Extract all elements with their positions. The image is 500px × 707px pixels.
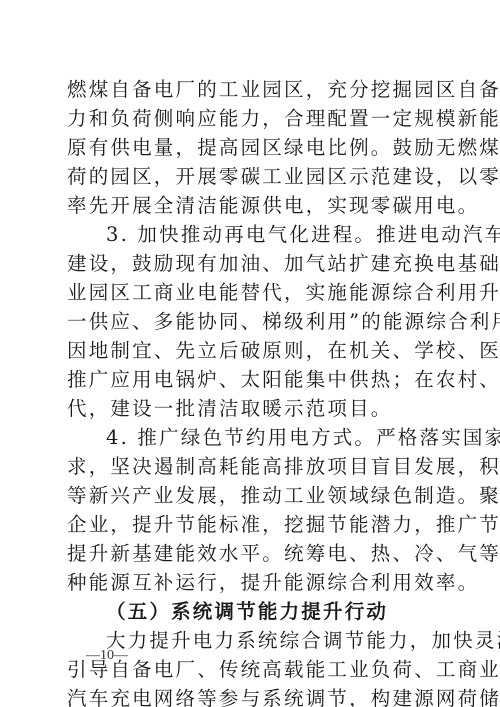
text-line: 等新兴产业发展，推动工业领域绿色制造。聚焦公共建筑、工业 [67, 481, 439, 510]
section-item-4: 4. 推广绿色节约用电方式。严格落实国家能源消费双控要 [67, 423, 439, 452]
text-line: 提升新基建能效水平。统筹电、热、冷、气等用能需求，实现多 [67, 539, 439, 568]
document-body: 燃煤自备电厂的工业园区，充分挖掘园区自备电厂灵活性调节能 力和负荷侧响应能力，合… [67, 75, 439, 707]
text-line: 企业，提升节能标准，挖掘节能潜力，推广节能技术应用，推动 [67, 510, 439, 539]
section-item-3: 3. 加快推动再电气化进程。推进电动汽车充换电基础设施 [67, 220, 439, 249]
text-line: 求，坚决遏制高耗能高排放项目盲目发展，积极培育新能源汽车 [67, 452, 439, 481]
text-line: 种能源互补运行，提升能源综合利用效率。 [67, 568, 439, 597]
text-line: 燃煤自备电厂的工业园区，充分挖掘园区自备电厂灵活性调节能 [67, 75, 439, 104]
section-heading: （五）系统调节能力提升行动 [67, 597, 439, 626]
text-line: 因地制宜、先立后破原则，在机关、学校、医院等大型公共建筑 [67, 336, 439, 365]
text-line: 业园区工商业电能替代，实施能源综合利用升级改造，打造“统 [67, 278, 439, 307]
text-line: 建设，鼓励现有加油、加气站扩建充换电基础设施。开展重点工 [67, 249, 439, 278]
text-line: 代，建设一批清洁取暖示范项目。 [67, 394, 439, 423]
text-line: 原有供电量，提高园区绿电比例。鼓励无燃煤电厂且具有新增负 [67, 133, 439, 162]
text-line: 一供应、多能协同、梯级利用”的能源综合利用示范园区。坚持 [67, 307, 439, 336]
text-line: 率先开展全清洁能源供电，实现零碳用电。 [67, 191, 439, 220]
text-line: 荷的园区，开展零碳工业园区示范建设，以零碳用电为发展目标， [67, 162, 439, 191]
text-line: 汽车充电网络等参与系统调节，构建源网荷储协同消纳新能源的 [67, 684, 439, 707]
text-line: 力和负荷侧响应能力，合理配置一定规模新能源，替代自备电厂 [67, 104, 439, 133]
page-number: —10— [86, 648, 128, 664]
text-line: 推广应用电锅炉、太阳能集中供热；在农村、牧区推广电采暖替 [67, 365, 439, 394]
